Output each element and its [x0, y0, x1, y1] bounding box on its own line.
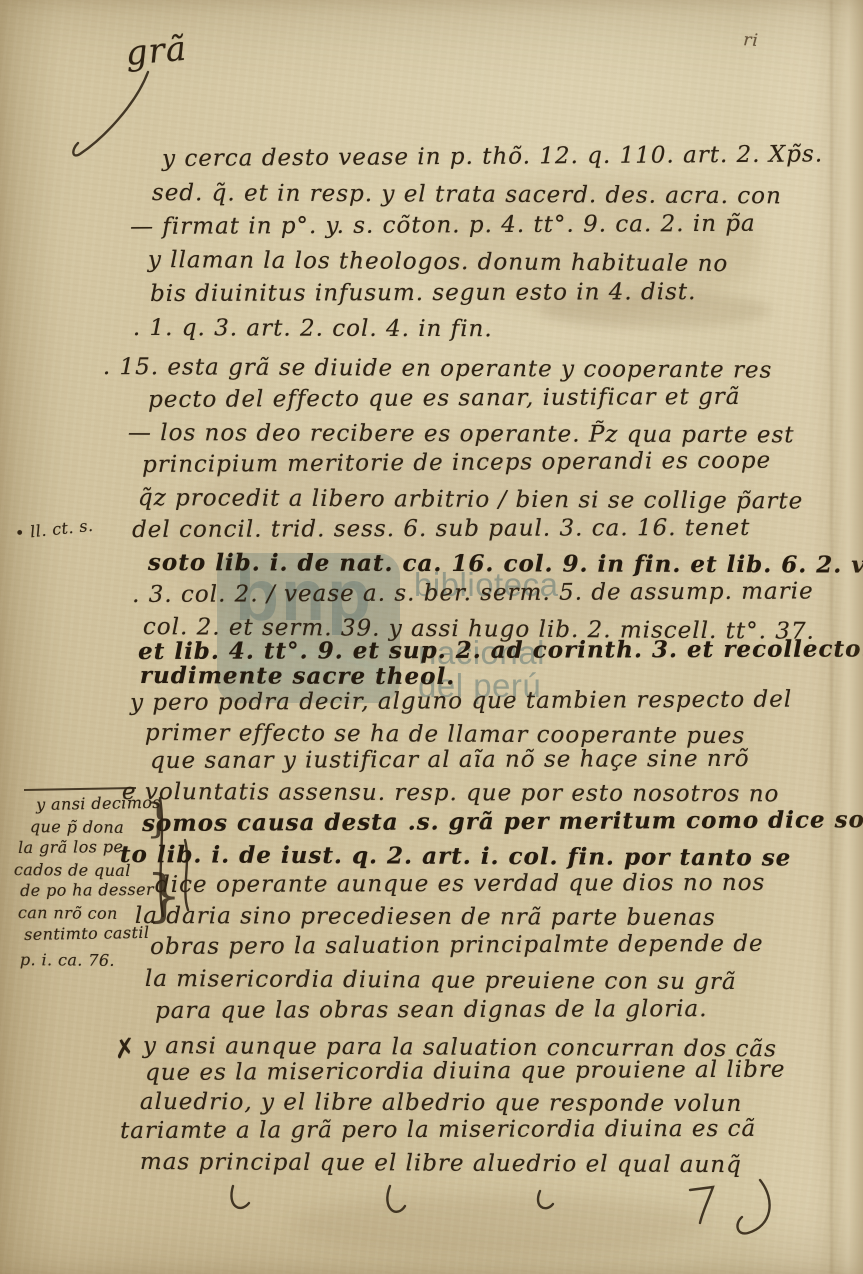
text-line: — firmat in p°. y. s. cõton. p. 4. tt°. … — [130, 211, 756, 240]
text-line: aluedrio, y el libre albedrio que respon… — [140, 1089, 742, 1117]
text-line: principium meritorie de inceps operandi … — [142, 448, 771, 478]
text-line: la misericordia diuina que preuiene con … — [145, 966, 737, 995]
margin-side-note: • ll. ct. s. — [14, 516, 94, 543]
text-line: la daria sino precediesen de nrã parte b… — [135, 903, 716, 931]
text-line: et lib. 4. tt°. 9. et sup. 2. ad corinth… — [138, 635, 863, 665]
text-line: somos causa desta .s. grã per meritum co… — [142, 806, 863, 837]
margin-line: can nrõ con — [18, 903, 118, 923]
text-line: dice operante aunque es verdad que dios … — [155, 870, 765, 898]
margin-line: cados de qual — [14, 860, 131, 880]
text-line: y llaman la los theologos. donum habitua… — [148, 247, 729, 277]
text-line: que sanar y iustificar al aĩa nõ se haçe… — [150, 746, 750, 774]
text-line: q̃z procedit a libero arbitrio / bien si… — [138, 485, 804, 514]
folio-mark: ri — [743, 30, 760, 51]
margin-brace: } — [146, 796, 172, 842]
text-line: y pero podra decir, alguno que tambien r… — [130, 687, 792, 716]
text-line: bis diuinitus infusum. segun esto in 4. … — [150, 279, 696, 307]
text-line: que es la misericordia diuina que prouie… — [145, 1057, 786, 1086]
text-line: tariamte a la grã pero la misericordia d… — [120, 1116, 756, 1144]
text-line: mas principal que el libre aluedrio el q… — [140, 1149, 742, 1178]
manuscript-page: bnp biblioteca nacional del perú grã ri … — [0, 0, 863, 1274]
margin-rule — [24, 787, 136, 791]
text-line: obras pero la saluation principalmte dep… — [150, 931, 764, 960]
text-line: e voluntatis assensu. resp. que por esto… — [122, 779, 780, 807]
text-line: — los nos deo recibere es operante. P̃z … — [128, 420, 795, 448]
margin-line: p. i. ca. 76. — [20, 950, 115, 970]
text-line: pecto del effecto que es sanar, iustific… — [148, 384, 741, 413]
margin-line: la grã los pe — [18, 837, 123, 857]
paragraph-mark: ✗ — [112, 1033, 139, 1066]
text-line: to lib. i. de iust. q. 2. art. i. col. f… — [120, 841, 792, 872]
margin-line: de po ha desser — [20, 880, 154, 900]
text-line: . 1. q. 3. art. 2. col. 4. in fin. — [133, 315, 493, 342]
margin-line: y ansi decimos — [36, 793, 161, 814]
margin-brace: } — [146, 864, 183, 929]
text-line: sed. q̃. et in resp. y el trata sacerd. … — [152, 180, 782, 209]
margin-line: sentimto castil — [24, 923, 150, 944]
text-line: . 3. col. 2. / vease a. s. ber. serm. 5.… — [132, 578, 814, 608]
text-line: primer effecto se ha de llamar cooperant… — [145, 720, 745, 749]
text-line: . 15. esta grã se diuide en operante y c… — [103, 354, 773, 384]
text-line: rudimente sacre theol. — [140, 662, 455, 690]
header-abbreviation: grã — [124, 29, 189, 74]
text-line: y cerca desto vease in p. thõ. 12. q. 11… — [162, 141, 823, 172]
text-line: soto lib. i. de nat. ca. 16. col. 9. in … — [148, 549, 863, 579]
margin-line: que p̃ dona — [30, 817, 124, 837]
text-line: para que las obras sean dignas de la glo… — [155, 996, 708, 1024]
text-line: del concil. trid. sess. 6. sub paul. 3. … — [132, 515, 750, 543]
ink-bleedthrough-stain — [290, 1195, 710, 1255]
